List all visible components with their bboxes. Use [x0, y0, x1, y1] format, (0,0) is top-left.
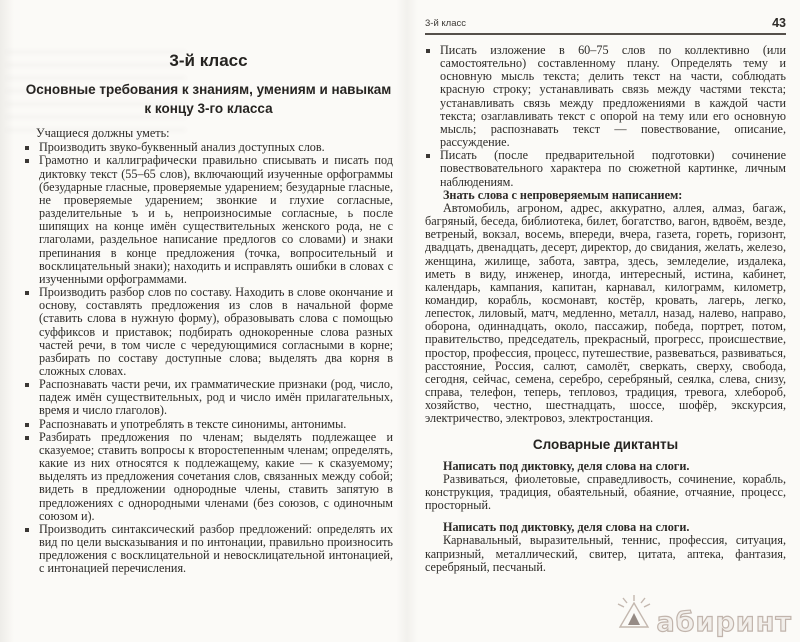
list-item-text: Писать (после предварительной подготовки… [440, 149, 786, 188]
requirements-list-left: Производить звуко-буквенный анализ досту… [24, 141, 393, 575]
list-item: Распознавать части речи, их грамматическ… [24, 378, 393, 417]
page-right: 3-й класс 43 Писать изложение в 60–75 сл… [421, 0, 788, 642]
list-item: Грамотно и каллиграфически правильно спи… [24, 154, 393, 286]
dictation-task-lead: Написать под диктовку, деля слова на сло… [425, 460, 786, 473]
book-spread: 3-й класс Основные требования к знаниям,… [0, 0, 800, 642]
list-item-text: Разбирать предложения по членам; выделят… [39, 431, 393, 523]
page-right-content: Писать изложение в 60–75 слов по коллект… [425, 44, 786, 574]
square-bullet-icon [24, 418, 39, 431]
square-bullet-icon [24, 523, 39, 576]
know-words-lead: Знать слова с непроверяемым написанием: [425, 189, 786, 202]
square-bullet-icon [24, 431, 39, 523]
list-item: Разбирать предложения по членам; выделят… [24, 431, 393, 523]
list-item-text: Распознавать части речи, их грамматическ… [39, 378, 393, 417]
square-bullet-icon [24, 154, 39, 286]
running-title: 3-й класс [425, 17, 466, 30]
chapter-title: 3-й класс [24, 54, 393, 67]
list-item: Писать изложение в 60–75 слов по коллект… [425, 44, 786, 149]
square-bullet-icon [425, 149, 440, 188]
list-item-text: Производить синтаксический разбор предло… [39, 523, 393, 576]
list-item-text: Распознавать и употреблять в тексте сино… [39, 418, 393, 431]
list-item: Распознавать и употреблять в тексте сино… [24, 418, 393, 431]
square-bullet-icon [24, 141, 39, 154]
square-bullet-icon [24, 378, 39, 417]
unverifiable-words-list: Автомобиль, агроном, адрес, аккуратно, а… [425, 202, 786, 426]
list-item: Производить синтаксический разбор предло… [24, 523, 393, 576]
requirements-heading: Основные требования к знаниям, умениям и… [24, 81, 393, 118]
list-item-text: Производить разбор слов по составу. Нахо… [39, 286, 393, 378]
dictations-heading: Словарные диктанты [425, 438, 786, 451]
page-number: 43 [772, 17, 786, 30]
dictation-task-words: Карнавальный, выразительный, теннис, про… [425, 534, 786, 573]
list-item: Производить разбор слов по составу. Нахо… [24, 286, 393, 378]
list-item: Писать (после предварительной подготовки… [425, 149, 786, 188]
square-bullet-icon [24, 286, 39, 378]
list-item-text: Писать изложение в 60–75 слов по коллект… [440, 44, 786, 149]
requirements-list-right: Писать изложение в 60–75 слов по коллект… [425, 44, 786, 189]
running-head: 3-й класс 43 [425, 17, 786, 35]
page-left: 3-й класс Основные требования к знаниям,… [0, 0, 400, 642]
dictation-task-words: Развиваться, фиолетовые, справедливость,… [425, 473, 786, 512]
square-bullet-icon [425, 44, 440, 149]
list-item-text: Грамотно и каллиграфически правильно спи… [39, 154, 393, 286]
requirements-intro: Учащиеся должны уметь: [24, 127, 393, 140]
